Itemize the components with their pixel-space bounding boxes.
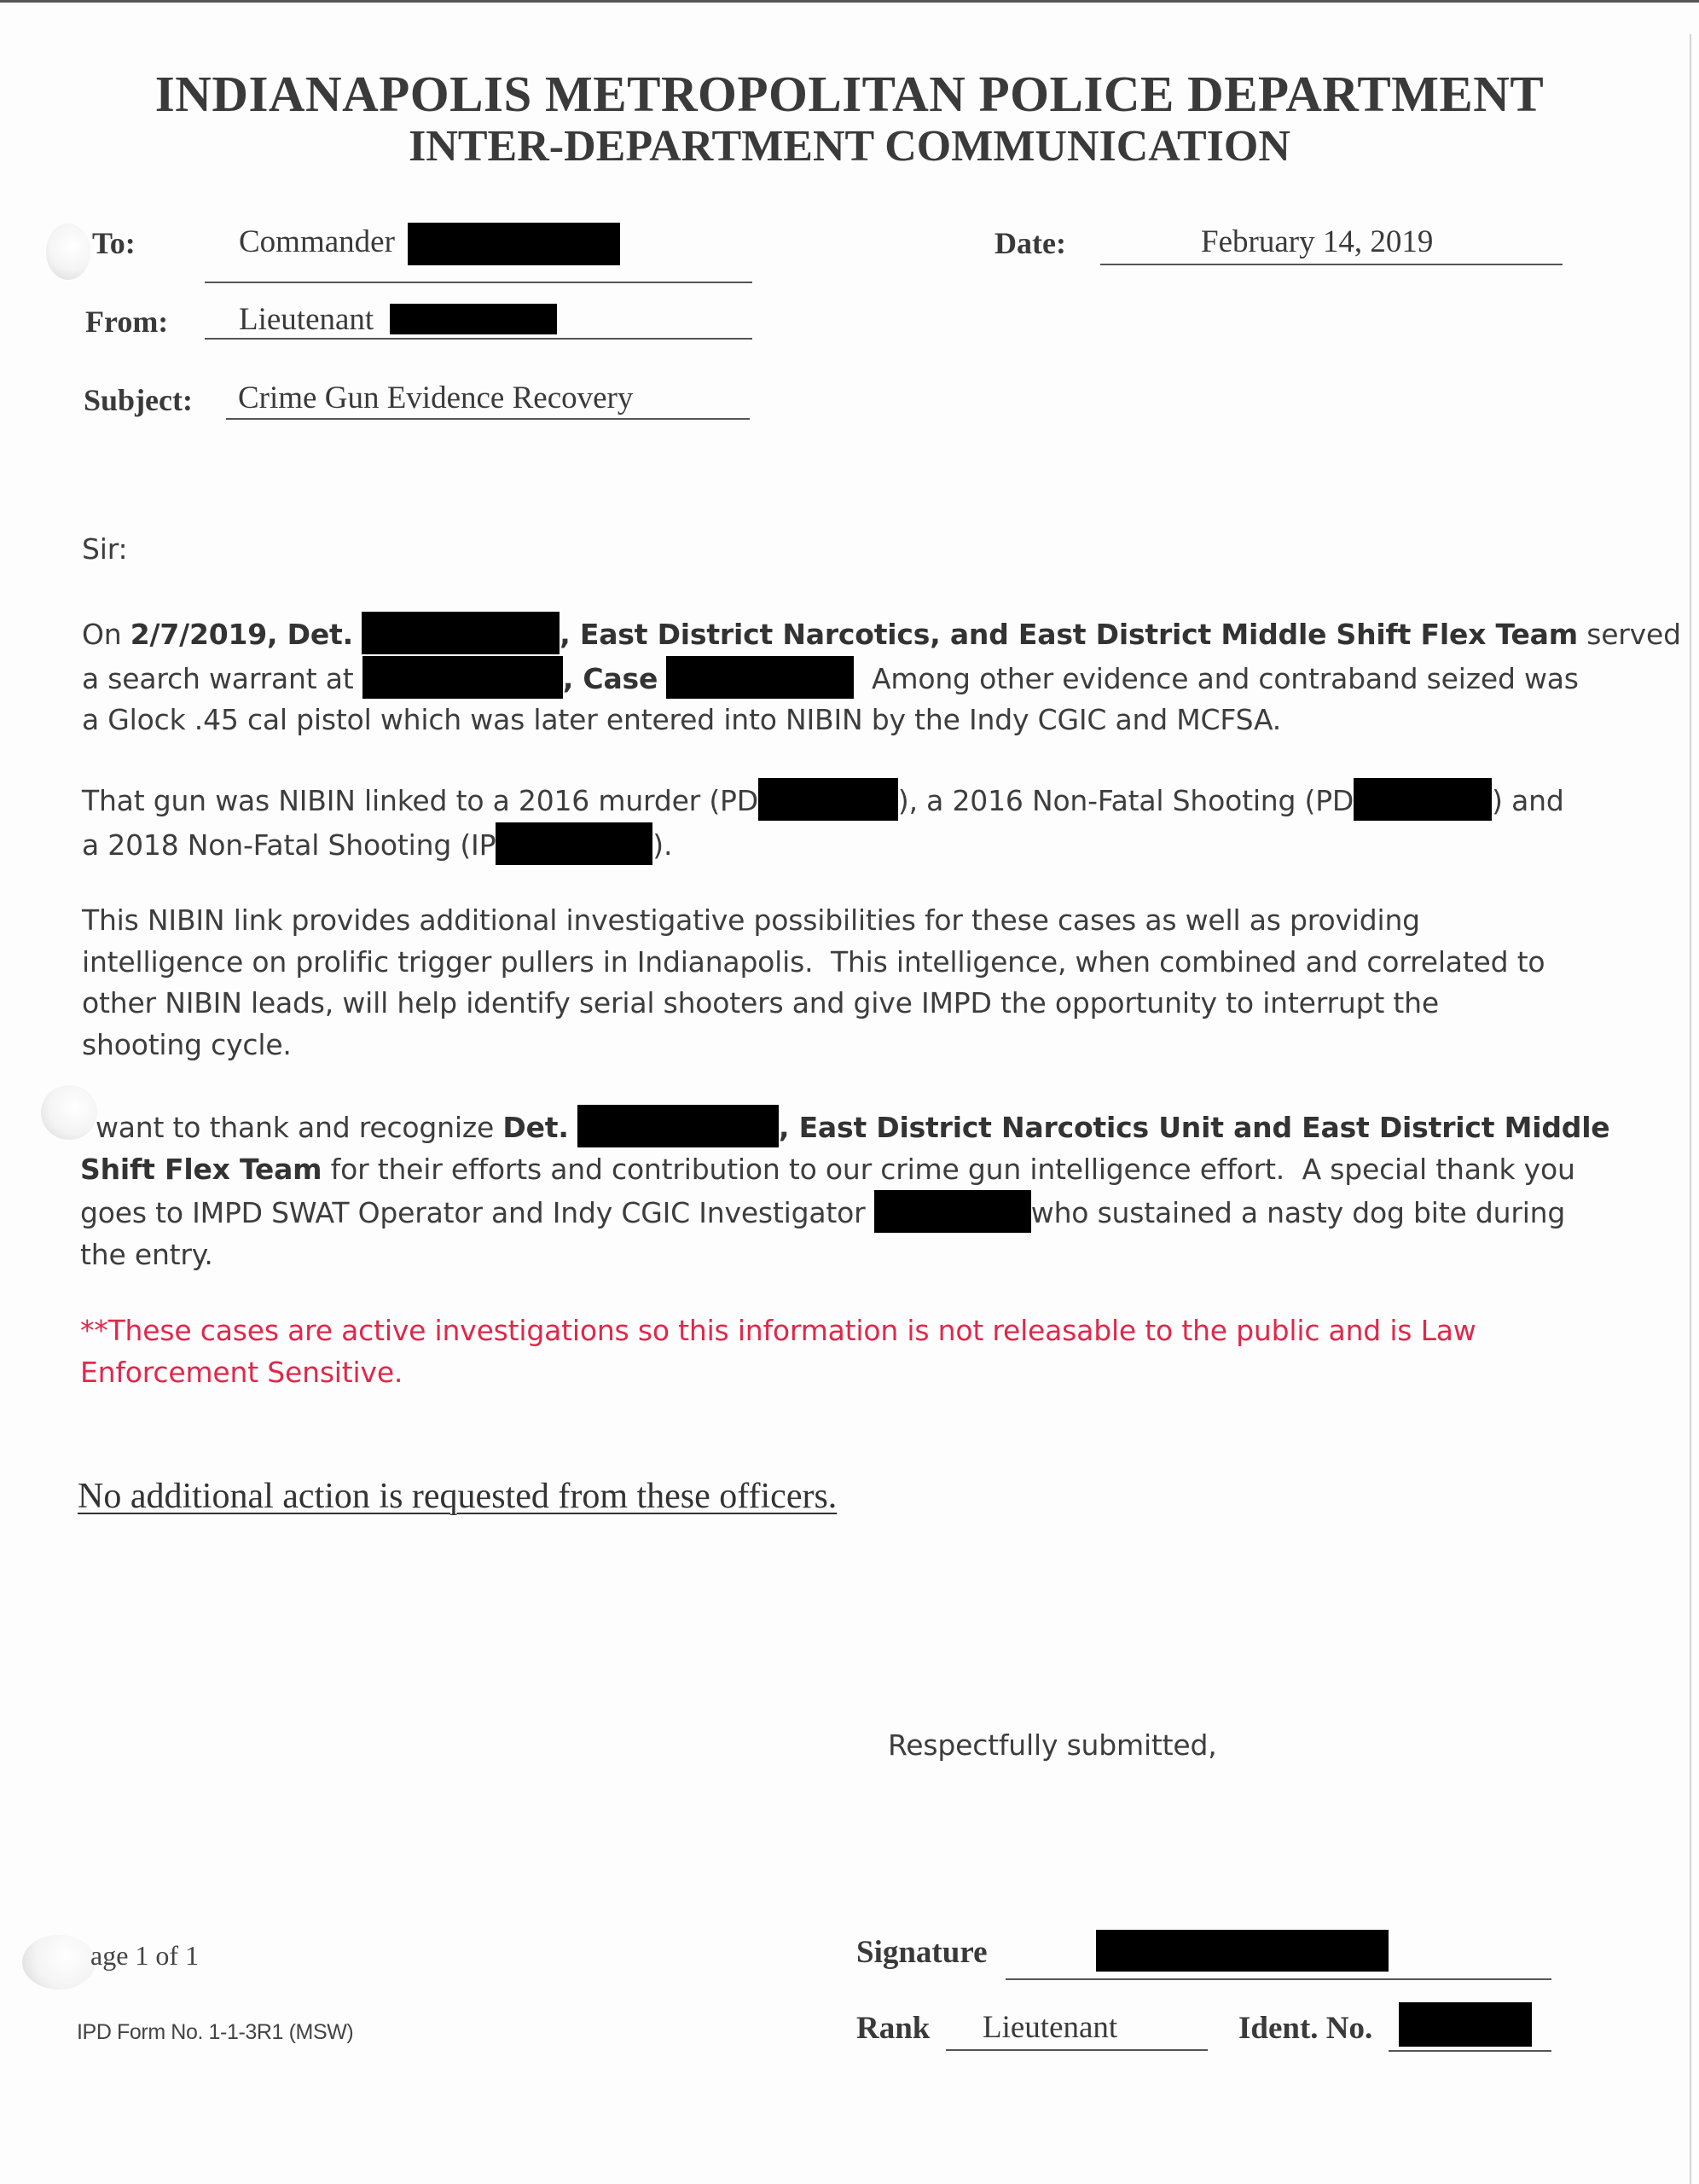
p1-line-3: a Glock .45 cal pistol which was later e… [82, 700, 1681, 741]
ident-no-label: Ident. No. [1238, 2010, 1372, 2047]
text: goes to IMPD SWAT Operator and Indy CGIC… [80, 1196, 874, 1229]
p4-line-2: Shift Flex Team for their efforts and co… [80, 1149, 1610, 1191]
units-bold: , East District Narcotics Unit and East … [779, 1111, 1610, 1144]
redaction-shooting-case-2016 [1354, 778, 1492, 821]
redaction-signature [1096, 1930, 1389, 1972]
date-underline [1100, 264, 1563, 265]
subject-underline [226, 418, 750, 420]
redaction-shooting-case-2018 [496, 822, 652, 865]
signature-underline [1006, 1978, 1551, 1980]
redaction-murder-case [758, 778, 898, 821]
scan-top-edge [0, 0, 1699, 3]
case-bold: , Case [563, 662, 658, 695]
warning-line: Enforcement Sensitive. [80, 1352, 1476, 1394]
redaction-det-name [362, 612, 560, 654]
text: served [1578, 618, 1681, 651]
from-value: Lieutenant [239, 301, 374, 338]
redaction-to-name [408, 223, 620, 265]
redaction-investigator-name [874, 1190, 1031, 1233]
document-subtitle: INTER-DEPARTMENT COMMUNICATION [0, 121, 1699, 171]
from-label: From: [85, 304, 168, 340]
date-det-bold: 2/7/2019, Det. [130, 618, 353, 651]
to-label: To: [92, 225, 136, 261]
rank-value: Lieutenant [983, 2009, 1117, 2046]
page-number: age 1 of 1 [90, 1940, 199, 1972]
text: That gun was NIBIN linked to a 2016 murd… [82, 784, 758, 817]
p1-line-1: On 2/7/2019, Det. , East District Narcot… [82, 612, 1681, 656]
to-value: Commander [239, 224, 395, 260]
to-label-text: To: [92, 226, 136, 260]
rank-label: Rank [856, 2010, 930, 2047]
redaction-from-name [390, 304, 557, 334]
p3-line: intelligence on prolific trigger pullers… [82, 942, 1545, 984]
p2-line-2: a 2018 Non-Fatal Shooting (IP). [82, 822, 1564, 867]
closing: Respectfully submitted, [888, 1725, 1217, 1767]
to-underline [205, 282, 752, 283]
paragraph-intelligence: This NIBIN link provides additional inve… [82, 900, 1545, 1066]
text: On [82, 618, 130, 651]
p3-line: other NIBIN leads, will help identify se… [82, 983, 1545, 1025]
salutation: Sir: [82, 529, 127, 571]
redaction-ident-no [1399, 2002, 1532, 2047]
text: a search warrant at [82, 662, 362, 695]
warning-line: **These cases are active investigations … [80, 1310, 1476, 1352]
det-bold: Det. [502, 1111, 568, 1144]
p1-line-2: a search warrant at , Case Among other e… [82, 656, 1681, 700]
p2-line-1: That gun was NIBIN linked to a 2016 murd… [82, 778, 1564, 822]
text: for their efforts and contribution to ou… [322, 1153, 1574, 1186]
redaction-case-number [666, 656, 854, 699]
p4-line-4: the entry. [80, 1234, 1610, 1276]
date-value: February 14, 2019 [1201, 224, 1433, 260]
p3-line: shooting cycle. [82, 1025, 1545, 1066]
text: a 2018 Non-Fatal Shooting (IP [82, 828, 496, 862]
paragraph-recognition: want to thank and recognize Det. , East … [80, 1105, 1610, 1275]
p4-line-3: goes to IMPD SWAT Operator and Indy CGIC… [80, 1190, 1610, 1234]
from-underline [205, 338, 752, 340]
confidentiality-warning: **These cases are active investigations … [80, 1310, 1476, 1393]
text: who sustained a nasty dog bite during [1031, 1196, 1565, 1229]
text: ). [652, 828, 672, 862]
punch-hole-top [46, 224, 90, 280]
rank-underline [946, 2049, 1208, 2051]
paragraph-search-warrant: On 2/7/2019, Det. , East District Narcot… [82, 612, 1681, 741]
redaction-det-name-2 [577, 1105, 779, 1147]
date-label: Date: [994, 225, 1066, 261]
paragraph-nibin-links: That gun was NIBIN linked to a 2016 murd… [82, 778, 1564, 866]
units-bold: , East District Narcotics, and East Dist… [560, 618, 1578, 651]
text: ), a 2016 Non-Fatal Shooting (PD [898, 784, 1354, 817]
scan-right-edge [1690, 34, 1691, 2184]
department-title: INDIANAPOLIS METROPOLITAN POLICE DEPARTM… [0, 65, 1699, 124]
team-bold: Shift Flex Team [80, 1153, 322, 1186]
text: Among other evidence and contraband seiz… [854, 662, 1578, 695]
text: want to thank and recognize [96, 1111, 502, 1144]
ident-no-underline [1389, 2050, 1551, 2052]
punch-hole-bottom [22, 1935, 96, 1989]
text: ) and [1492, 784, 1563, 817]
no-action-statement: No additional action is requested from t… [78, 1476, 837, 1517]
p4-line-1: want to thank and recognize Det. , East … [80, 1105, 1610, 1149]
form-number: IPD Form No. 1-1-3R1 (MSW) [77, 2020, 353, 2045]
subject-value: Crime Gun Evidence Recovery [238, 380, 633, 416]
redaction-address [362, 656, 563, 699]
signature-label: Signature [856, 1934, 988, 1971]
subject-label: Subject: [84, 382, 193, 418]
p3-line: This NIBIN link provides additional inve… [82, 900, 1545, 942]
